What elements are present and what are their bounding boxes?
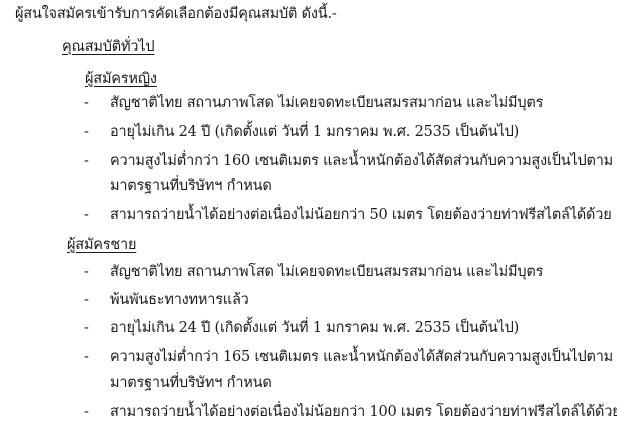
- bullet-dash: -: [84, 93, 89, 113]
- section-title-general-qualifications: คุณสมบัติทั่วไป: [62, 37, 154, 57]
- list-item: อายุไม่เกิน 24 ปี (เกิดตั้งแต่ วันที่ 1 …: [110, 122, 519, 142]
- bullet-dash: -: [84, 290, 89, 310]
- bullet-dash: -: [84, 318, 89, 338]
- intro-text: ผู้สนใจสมัครเข้ารับการคัดเลือกต้องมีคุณส…: [15, 4, 337, 24]
- bullet-dash: -: [84, 347, 89, 367]
- list-item: สามารถว่ายน้ำได้อย่างต่อเนื่องไม่น้อยกว่…: [110, 402, 617, 422]
- list-item-continuation: มาตรฐานที่บริษัทฯ กำหนด: [110, 176, 272, 196]
- document-page: ผู้สนใจสมัครเข้ารับการคัดเลือกต้องมีคุณส…: [0, 0, 617, 429]
- list-item: สัญชาติไทย สถานภาพโสด ไม่เคยจดทะเบียนสมร…: [110, 262, 543, 282]
- list-item: สัญชาติไทย สถานภาพโสด ไม่เคยจดทะเบียนสมร…: [110, 93, 543, 113]
- list-item: ความสูงไม่ต่ำกว่า 160 เซนติเมตร และน้ำหน…: [110, 151, 613, 171]
- list-item: ความสูงไม่ต่ำกว่า 165 เซนติเมตร และน้ำหน…: [110, 347, 613, 367]
- bullet-dash: -: [84, 151, 89, 171]
- list-item-continuation: มาตรฐานที่บริษัทฯ กำหนด: [110, 373, 272, 393]
- male-applicant-heading: ผู้สมัครชาย: [67, 235, 136, 255]
- list-item: อายุไม่เกิน 24 ปี (เกิดตั้งแต่ วันที่ 1 …: [110, 318, 519, 338]
- female-applicant-heading: ผู้สมัครหญิง: [85, 69, 157, 89]
- bullet-dash: -: [84, 122, 89, 142]
- list-item: สามารถว่ายน้ำได้อย่างต่อเนื่องไม่น้อยกว่…: [110, 205, 612, 225]
- bullet-dash: -: [84, 262, 89, 282]
- bullet-dash: -: [84, 205, 89, 225]
- list-item: พ้นพันธะทางทหารแล้ว: [110, 290, 249, 310]
- bullet-dash: -: [84, 402, 89, 422]
